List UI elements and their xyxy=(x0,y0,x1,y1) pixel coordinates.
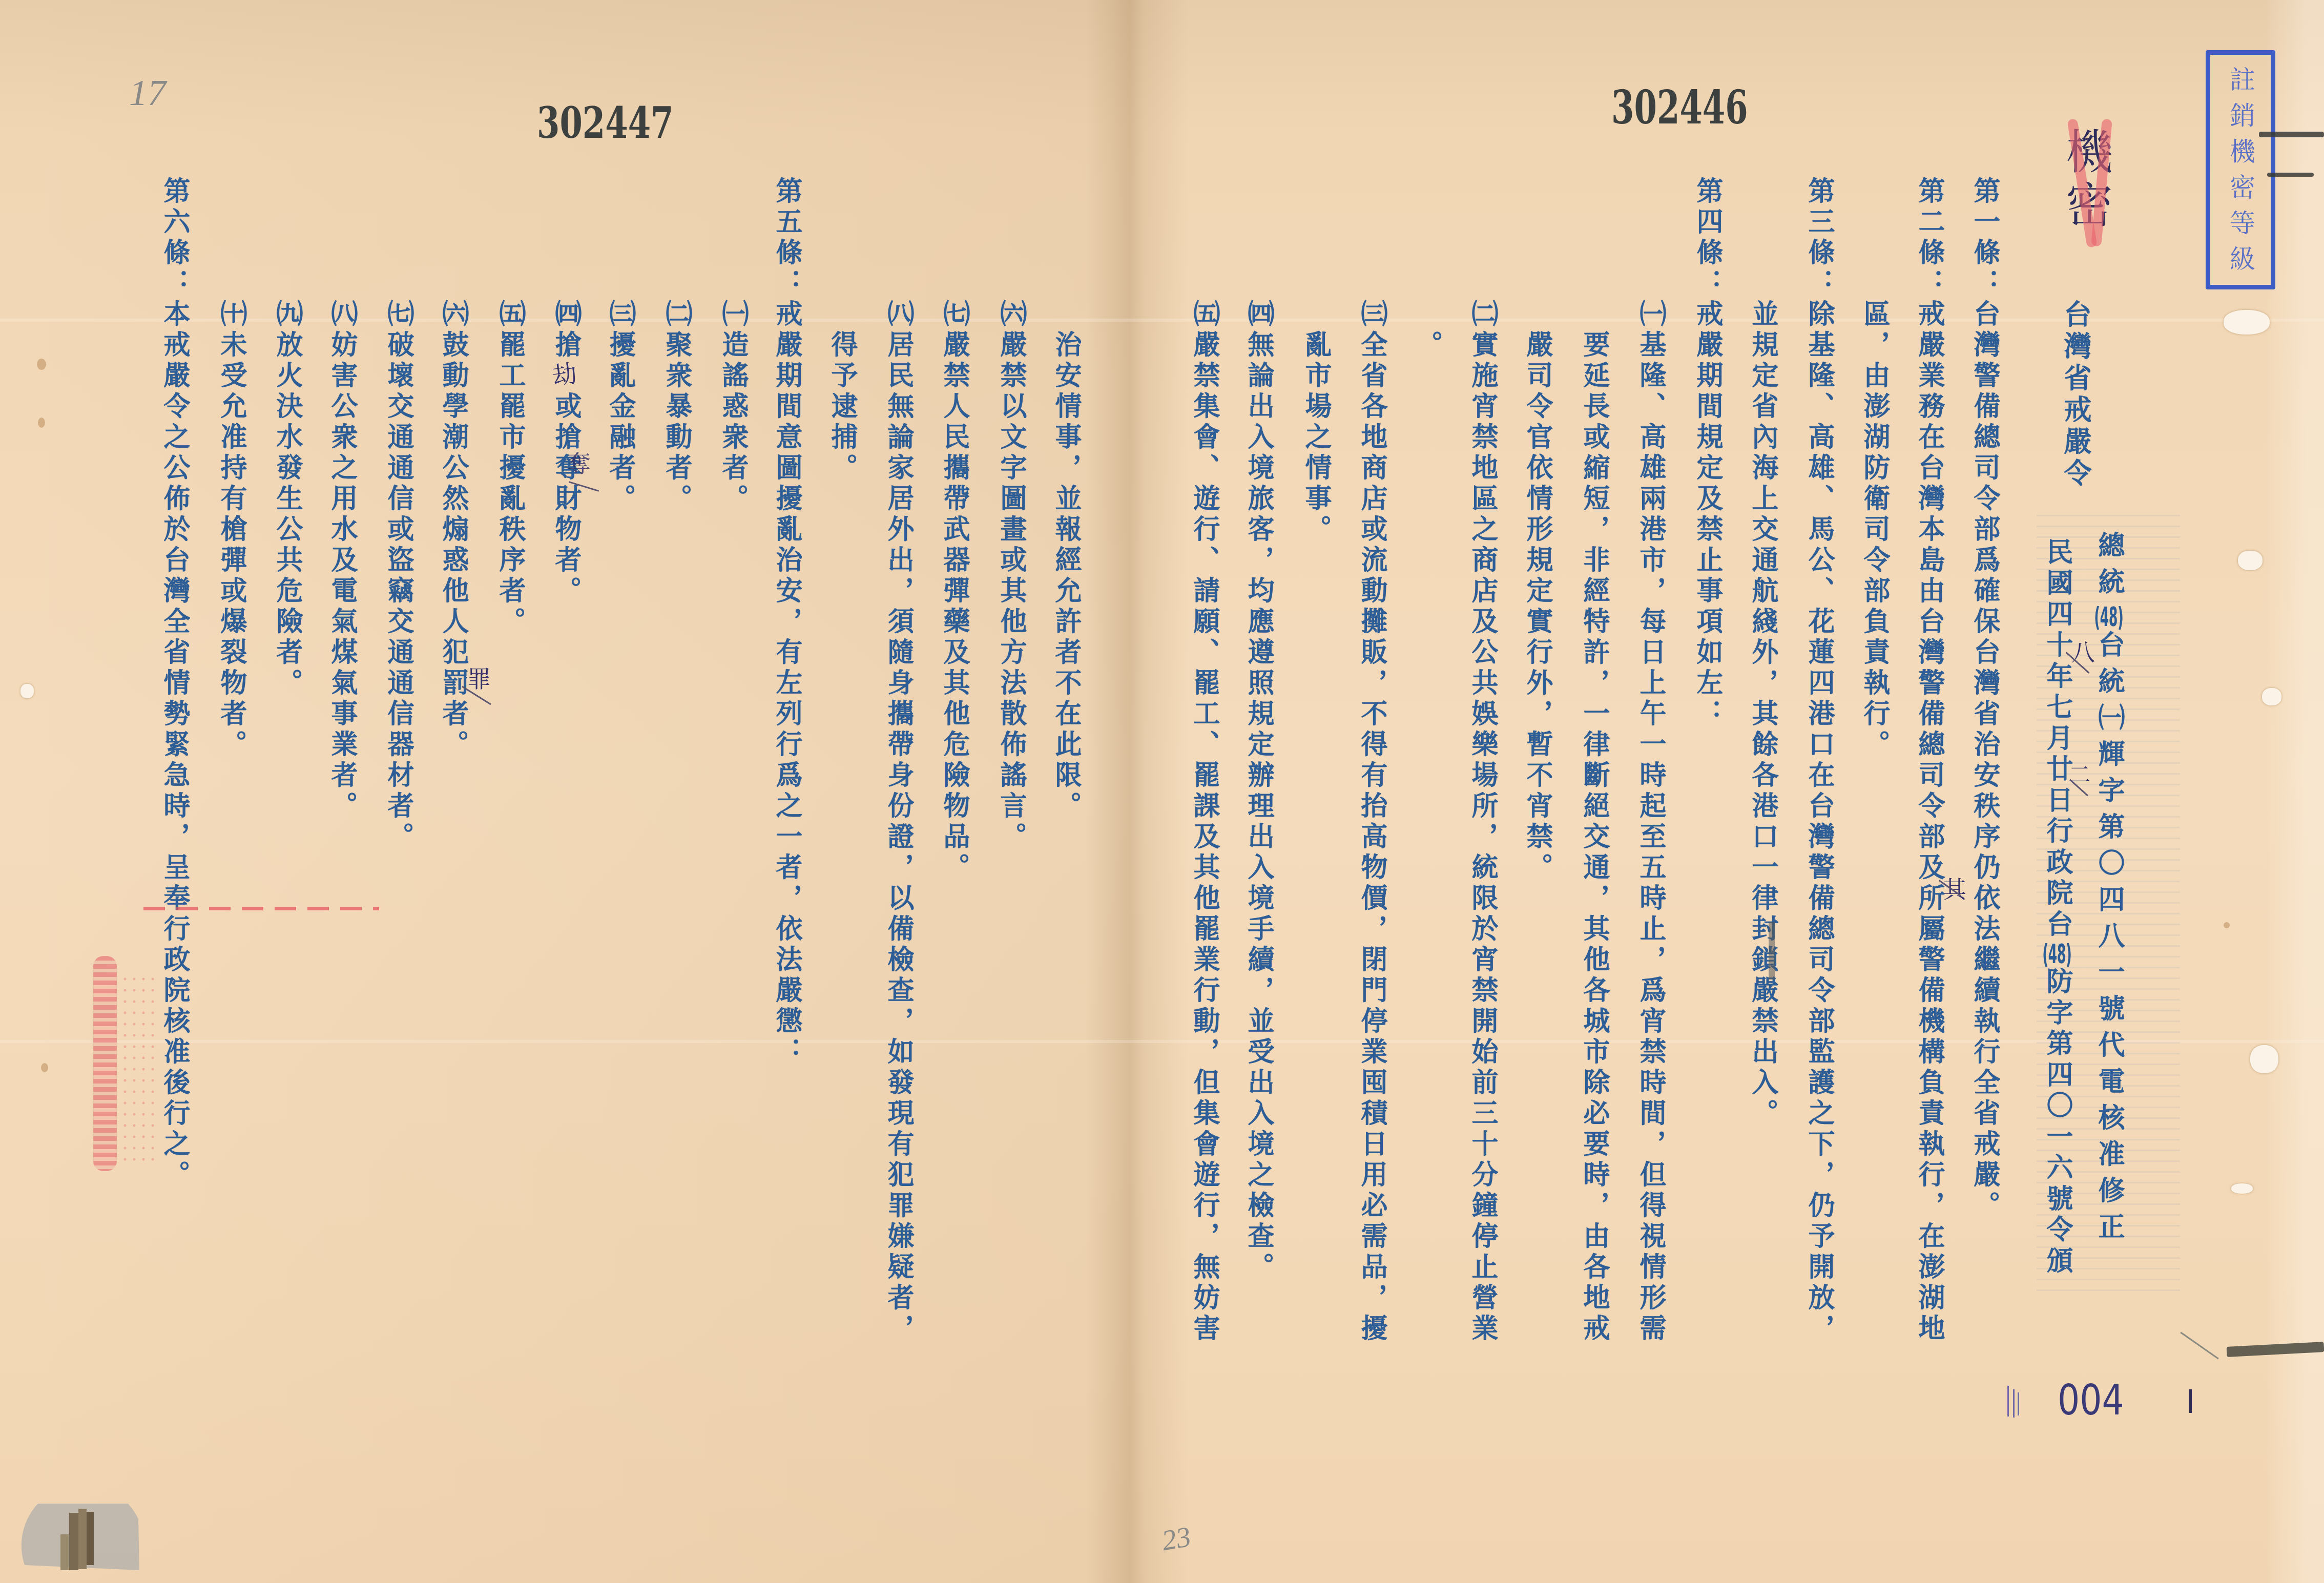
paper-hole xyxy=(2224,310,2270,335)
text-column: ㈠造謠惑衆者。 xyxy=(717,300,748,515)
paper-stain xyxy=(41,1063,48,1072)
serial-number-left: 302447 xyxy=(537,101,674,144)
text-column: 得予逮捕。 xyxy=(826,330,857,484)
text-column: 。 xyxy=(1412,330,1442,361)
article-5-heading: 第五條：戒嚴期間意圖擾亂治安，有左列行爲之一者，依法嚴懲： xyxy=(771,177,802,1068)
article-3: 第三條：除基隆、高雄、馬公、花蓮四港口在台灣警備總司令部監護之下，仍予開放， xyxy=(1803,177,1834,1345)
text-column: ㈢擾亂金融者。 xyxy=(605,300,635,515)
text-column: ㈨放火決水發生公共危險者。 xyxy=(272,300,302,699)
paper-hole xyxy=(2250,1045,2278,1073)
promulgation-line: 民國四十年七月廿日行政院台(48)防字第四〇一六號令頒 xyxy=(2042,538,2072,1278)
handwritten-insertion: 二 xyxy=(2068,764,2091,787)
promulgation-line-year: (48) xyxy=(2042,941,2072,968)
text-column: ㈣無論出入境旅客，均應遵照規定辦理出入境手續，並受出入境之檢查。 xyxy=(1243,300,1274,1283)
paper-hole xyxy=(2262,688,2281,705)
handwritten-overwrite: 奪 xyxy=(567,452,591,475)
paper-stain xyxy=(37,359,46,370)
pencil-stroke xyxy=(2180,1331,2218,1359)
text-column: ㈥鼓動學潮公然煽惑他人犯罰者。 xyxy=(438,300,468,761)
text-column: ㈦破壞交通通信或盜竊交通通信器材者。 xyxy=(383,300,413,853)
text-column: ㈥嚴禁以文字圖畫或其他方法散佈謠言。 xyxy=(995,300,1026,853)
text-column: ㈩未受允准持有槍彈或爆裂物者。 xyxy=(216,300,246,761)
approval-line-part: 總統 xyxy=(2093,531,2124,604)
paper-stain xyxy=(38,418,45,428)
approval-line: 總統(48)台統㈠輝字第〇四八一號代電核准修正 xyxy=(2093,531,2124,1249)
page-number: 004 xyxy=(2058,1380,2124,1422)
text-column: ㈤嚴禁集會、遊行、請願、罷工、罷課及其他罷業行動，但集會遊行，無妨害 xyxy=(1189,300,1219,1345)
article-6-heading: 第六條：本戒嚴令之公佈於台灣全省情勢緊急時，呈奉行政院核准後行之。 xyxy=(159,177,190,1191)
red-pencil-speckles xyxy=(120,973,156,1168)
text-column: 區，由澎湖防衛司令部負責執行。 xyxy=(1859,300,1890,761)
ink-mark xyxy=(2259,132,2324,137)
text-column: ㈠基隆、高雄兩港市，每日上午一時起至五時止，爲宵禁時間，但得視情形需 xyxy=(1635,300,1666,1345)
paper-hole xyxy=(20,684,34,698)
handwritten-insertion: 其 xyxy=(1943,878,1966,901)
tick-mark xyxy=(2007,1386,2009,1417)
handwritten-insertion: 罪 xyxy=(467,667,491,691)
document-title: 台灣省戒嚴令 xyxy=(2060,300,2091,490)
text-column: 亂市場之情事。 xyxy=(1300,330,1331,546)
pencil-note-top-left: 17 xyxy=(129,72,166,114)
approval-line-part: 台統㈠輝字第〇四八一號代電核准修正 xyxy=(2093,631,2124,1249)
red-dashed-line xyxy=(143,907,379,910)
pencil-tick xyxy=(1769,922,1775,980)
text-column: ㈦嚴禁人民攜帶武器彈藥及其他危險物品。 xyxy=(939,300,969,884)
text-column: 治安情事，並報經允許者不在此限。 xyxy=(1050,330,1081,822)
ink-mark xyxy=(2267,173,2314,177)
tick-mark xyxy=(2018,1392,2019,1415)
promulgation-line-part: 防字第四〇一六號令頒 xyxy=(2042,968,2072,1278)
red-pencil-smear xyxy=(93,956,117,1171)
declassification-stamp: 註銷機密等級 xyxy=(2206,50,2275,289)
text-column: 要延長或縮短，非經特許，一律斷絕交通，其他各城市除必要時，由各地戒 xyxy=(1579,330,1609,1345)
handwritten-insertion: 劫 xyxy=(551,361,578,389)
text-column: ㈡實施宵禁地區之商店及公共娛樂場所，統限於宵禁開始前三十分鐘停止營業 xyxy=(1467,300,1498,1345)
text-column: ㈡聚衆暴動者。 xyxy=(661,300,692,515)
scanned-document: 17 302447 治安情事，並報經允許者不在此限。 ㈥嚴禁以文字圖畫或其他方法… xyxy=(0,0,2324,1583)
tick-mark xyxy=(2013,1389,2015,1418)
stamp-text: 註銷機密等級 xyxy=(2225,66,2256,281)
article-2: 第二條：戒嚴業務在台灣本島由台灣警備總司令部及所屬警備機構負責執行，在澎湖地 xyxy=(1914,177,1944,1345)
approval-line-year: (48) xyxy=(2093,604,2124,631)
text-column: ㈧居民無論家居外出，須隨身攜帶身份證，以備檢查，如發現有犯罪嫌疑者， xyxy=(883,300,914,1345)
article-4: 第四條：戒嚴期間規定及禁止事項如左： xyxy=(1692,177,1723,730)
text-column: 嚴司令官依情形規定實行外，暫不宵禁。 xyxy=(1522,330,1552,884)
paper-stain xyxy=(2224,922,2230,928)
text-column: ㈤罷工罷市擾亂秩序者。 xyxy=(494,300,525,638)
archive-logo-icon xyxy=(20,1504,143,1570)
pencil-note-bottom: 23 xyxy=(1159,1520,1193,1558)
text-column: ㈧妨害公衆之用水及電氣煤氣事業者。 xyxy=(326,300,357,822)
text-column: 並規定省內海上交通航綫外，其餘各港口一律封鎖嚴禁出入。 xyxy=(1747,300,1778,1130)
ink-smudge xyxy=(2227,1342,2324,1357)
promulgation-line-part: 民國四十年七月廿日行政院台 xyxy=(2042,538,2072,941)
article-1: 第一條：台灣警備總司令部爲確保台灣省治安秩序仍依法繼續執行全省戒嚴。 xyxy=(1969,177,2000,1222)
serial-number-right: 302446 xyxy=(1611,85,1748,131)
text-column: ㈢全省各地商店或流動攤販，不得有抬高物價，閉門停業囤積日用必需品，擾 xyxy=(1356,300,1387,1345)
paper-hole xyxy=(2238,551,2263,570)
tick-mark xyxy=(2189,1389,2192,1413)
paper-hole xyxy=(2231,1183,2253,1194)
